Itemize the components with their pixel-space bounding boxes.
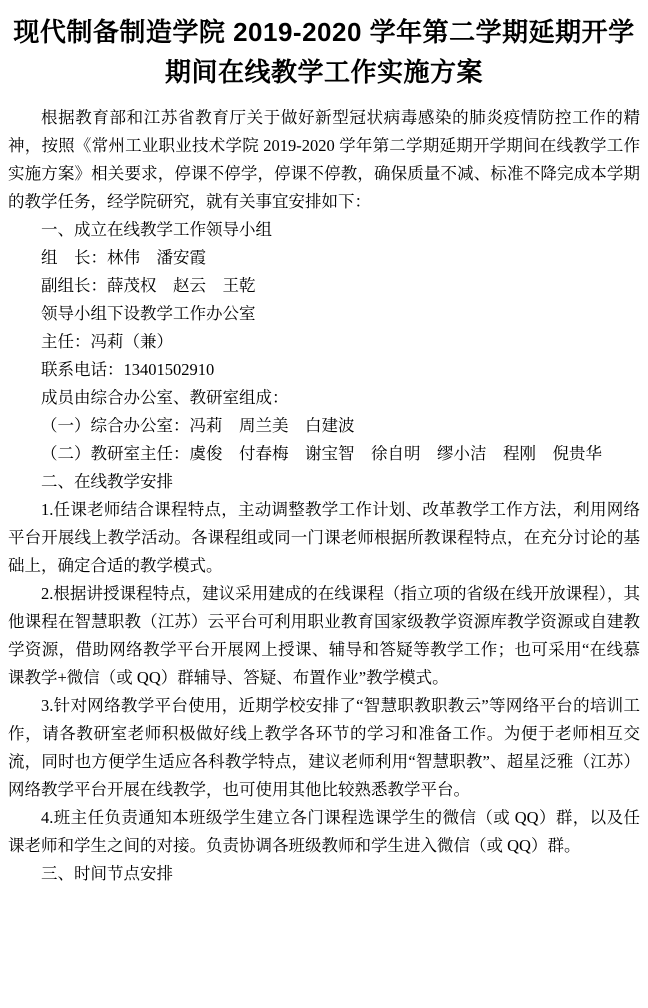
office-members-line: （一）综合办公室：冯莉 周兰美 白建波	[8, 412, 640, 440]
document-body: 根据教育部和江苏省教育厅关于做好新型冠状病毒感染的肺炎疫情防控工作的精神，按照《…	[8, 104, 640, 888]
deputy-leader-line: 副组长：薛茂权 赵云 王乾	[8, 272, 640, 300]
item-1-paragraph: 1.任课老师结合课程特点，主动调整教学工作计划、改革教学工作方法，利用网络平台开…	[8, 496, 640, 580]
section-3-heading: 三、时间节点安排	[8, 860, 640, 888]
intro-paragraph: 根据教育部和江苏省教育厅关于做好新型冠状病毒感染的肺炎疫情防控工作的精神，按照《…	[8, 104, 640, 216]
group-leader-line: 组 长：林伟 潘安霞	[8, 244, 640, 272]
section-2-heading: 二、在线教学安排	[8, 468, 640, 496]
document-page: 现代制备制造学院 2019-2020 学年第二学期延期开学期间在线教学工作实施方…	[0, 0, 648, 1008]
item-4-paragraph: 4.班主任负责通知本班级学生建立各门课程选课学生的微信（或 QQ）群，以及任课老…	[8, 804, 640, 860]
section-1-heading: 一、成立在线教学工作领导小组	[8, 216, 640, 244]
director-line: 主任：冯莉（兼）	[8, 328, 640, 356]
document-title: 现代制备制造学院 2019-2020 学年第二学期延期开学期间在线教学工作实施方…	[8, 12, 640, 92]
office-setup-line: 领导小组下设教学工作办公室	[8, 300, 640, 328]
members-intro-line: 成员由综合办公室、教研室组成：	[8, 384, 640, 412]
teaching-office-heads-line: （二）教研室主任：虞俊 付春梅 谢宝智 徐自明 缪小洁 程刚 倪贵华	[8, 440, 640, 468]
phone-line: 联系电话：13401502910	[8, 356, 640, 384]
item-2-paragraph: 2.根据讲授课程特点，建议采用建成的在线课程（指立项的省级在线开放课程），其他课…	[8, 580, 640, 692]
item-3-paragraph: 3.针对网络教学平台使用，近期学校安排了“智慧职教职教云”等网络平台的培训工作，…	[8, 692, 640, 804]
